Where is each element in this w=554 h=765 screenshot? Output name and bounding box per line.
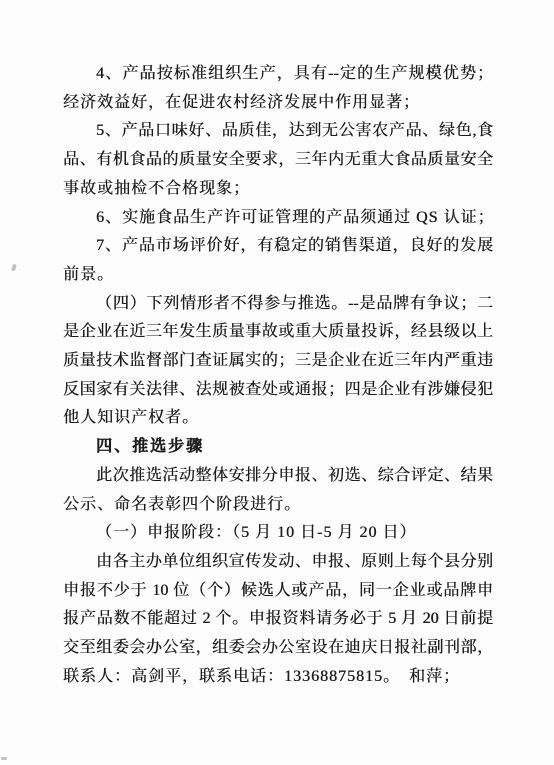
scan-speck bbox=[1, 757, 7, 760]
doc-line: 品、有机食品的质量安全要求，三年内无重大食品质量安全 bbox=[63, 146, 493, 175]
document-page: 4、产品按标准组织生产，具有--定的生产规模优势； 经济效益好，在促进农村经济发… bbox=[0, 0, 554, 765]
doc-line: 经济效益好，在促进农村经济发展中作用显著； bbox=[63, 89, 493, 118]
doc-line: 他人知识产权者。 bbox=[63, 404, 493, 433]
doc-line: 质量技术监督部门查证属实的；三是企业在近三年内严重违 bbox=[63, 347, 493, 376]
doc-line: （一）申报阶段：（5 月 10 日-5 月 20 日） bbox=[63, 519, 493, 548]
doc-line: 公示、命名表彰四个阶段进行。 bbox=[63, 491, 493, 520]
doc-line: 由各主办单位组织宣传发动、申报、原则上每个县分别 bbox=[63, 548, 493, 577]
doc-line: 5、产品口味好、品质佳，达到无公害农产品、绿色,食 bbox=[63, 117, 493, 146]
doc-line: （四）下列情形者不得参与推选。--是品牌有争议；二 bbox=[63, 290, 493, 319]
doc-line: 前景。 bbox=[63, 261, 493, 290]
doc-line: 反国家有关法律、法规被查处或通报；四是企业有涉嫌侵犯 bbox=[63, 376, 493, 405]
doc-line: 交至组委会办公室，组委会办公室设在迪庆日报社副刊部， bbox=[63, 634, 493, 663]
doc-line: 报产品数不能超过 2 个。申报资料请务必于 5 月 20 日前提 bbox=[63, 605, 493, 634]
doc-line: 6、实施食品生产许可证管理的产品须通过 QS 认证； bbox=[63, 204, 493, 233]
doc-line: 申报不少于 10 位（个）候选人或产品，同一企业或品牌申 bbox=[63, 577, 493, 606]
doc-line: 7、产品市场评价好，有稳定的销售渠道，良好的发展 bbox=[63, 232, 493, 261]
doc-line: 此次推选活动整体安排分申报、初选、综合评定、结果 bbox=[63, 462, 493, 491]
doc-line: 是企业在近三年发生质量事故或重大质量投诉，经县级以上 bbox=[63, 318, 493, 347]
doc-line: 事故或抽检不合格现象； bbox=[63, 175, 493, 204]
section-heading: 四、推选步骤 bbox=[63, 433, 493, 462]
scan-speck bbox=[11, 264, 17, 272]
doc-line contact-line: 联系人：高剑平，联系电话：13368875815。 和萍； bbox=[63, 663, 493, 692]
document-text-block: 4、产品按标准组织生产，具有--定的生产规模优势； 经济效益好，在促进农村经济发… bbox=[63, 60, 493, 691]
doc-line: 4、产品按标准组织生产，具有--定的生产规模优势； bbox=[63, 60, 493, 89]
